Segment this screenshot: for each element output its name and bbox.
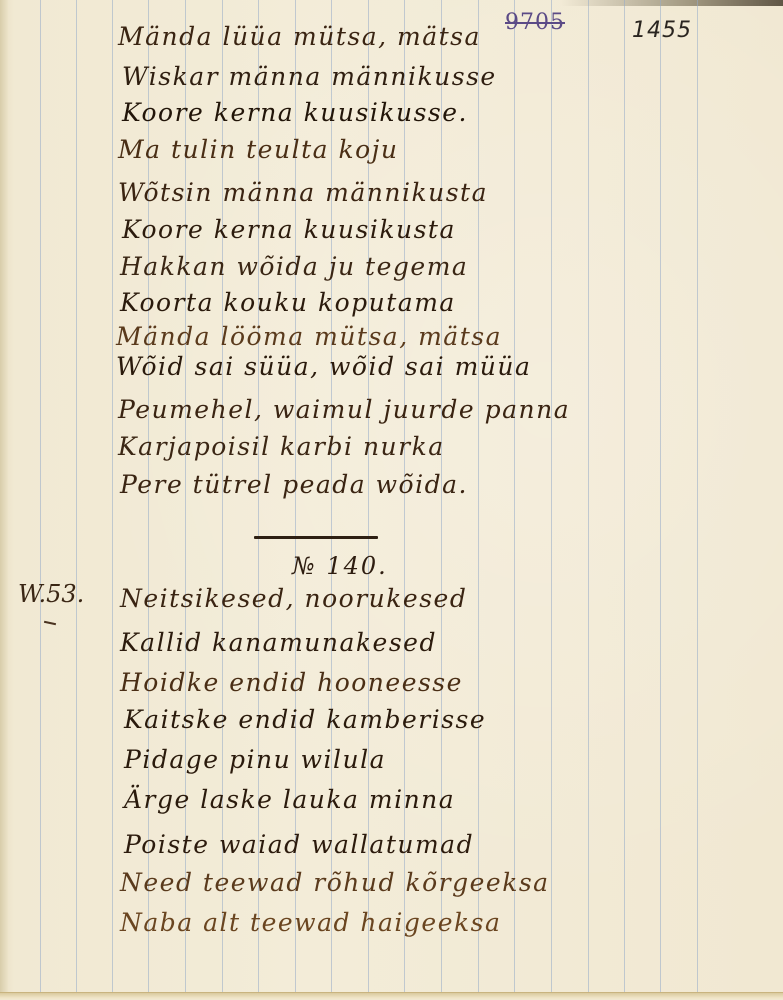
- verse-line: Wiskar männa männikusse: [122, 62, 497, 91]
- ruled-line: [514, 0, 515, 992]
- verse-line: Koorta kouku koputama: [120, 288, 456, 317]
- verse-line: Hakkan wõida ju tegema: [120, 252, 468, 281]
- ruled-line: [551, 0, 552, 992]
- verse-line: Wõid sai süüa, wõid sai müüa: [116, 352, 531, 381]
- ruled-line: [112, 0, 113, 992]
- song-number-heading: № 140.: [292, 552, 388, 580]
- verse-line: Poiste waiad wallatumad: [124, 830, 474, 859]
- ruled-line: [76, 0, 77, 992]
- verse-line: Need teewad rõhud kõrgeeksa: [120, 868, 550, 897]
- verse-line: Kallid kanamunakesed: [120, 628, 437, 657]
- ruled-line: [588, 0, 589, 992]
- page-left-edge: [0, 0, 8, 1000]
- verse-line: Kaitske endid kamberisse: [124, 705, 486, 734]
- verse-line: Ma tulin teulta koju: [118, 135, 399, 164]
- verse-line: Wõtsin männa männikusta: [118, 178, 488, 207]
- verse-line: Ärge laske lauka minna: [124, 785, 455, 814]
- page-top-shadow: [560, 0, 783, 6]
- verse-line: Pere tütrel peada wõida.: [120, 470, 468, 499]
- margin-dash-mark: [44, 621, 56, 625]
- verse-line: Mända lüüa mütsa, mätsa: [118, 22, 481, 51]
- ruled-line: [624, 0, 625, 992]
- verse-line: Peumehel, waimul juurde panna: [118, 395, 570, 424]
- verse-line: Neitsikesed, noorukesed: [120, 584, 467, 613]
- page-number: 1455: [632, 18, 692, 43]
- verse-line: Pidage pinu wilula: [124, 745, 386, 774]
- ruled-line: [478, 0, 479, 992]
- verse-line: Naba alt teewad haigeeksa: [120, 908, 501, 937]
- verse-line: Koore kerna kuusikusta: [122, 215, 456, 244]
- page-bottom-edge: [0, 992, 783, 1000]
- verse-line: Karjapoisil karbi nurka: [118, 432, 445, 461]
- margin-annotation: W.53.: [18, 580, 84, 608]
- archive-stamp-number: 9705: [505, 10, 565, 35]
- verse-line: Hoidke endid hooneesse: [120, 668, 463, 697]
- ruled-line: [40, 0, 41, 992]
- section-divider: [254, 536, 378, 539]
- ruled-line: [697, 0, 698, 992]
- verse-line: Koore kerna kuusikusse.: [122, 98, 468, 127]
- manuscript-page: 9705 1455 Mända lüüa mütsa, mätsa Wiskar…: [0, 0, 783, 1000]
- ruled-line: [660, 0, 661, 992]
- verse-line: Mända lööma mütsa, mätsa: [116, 322, 502, 351]
